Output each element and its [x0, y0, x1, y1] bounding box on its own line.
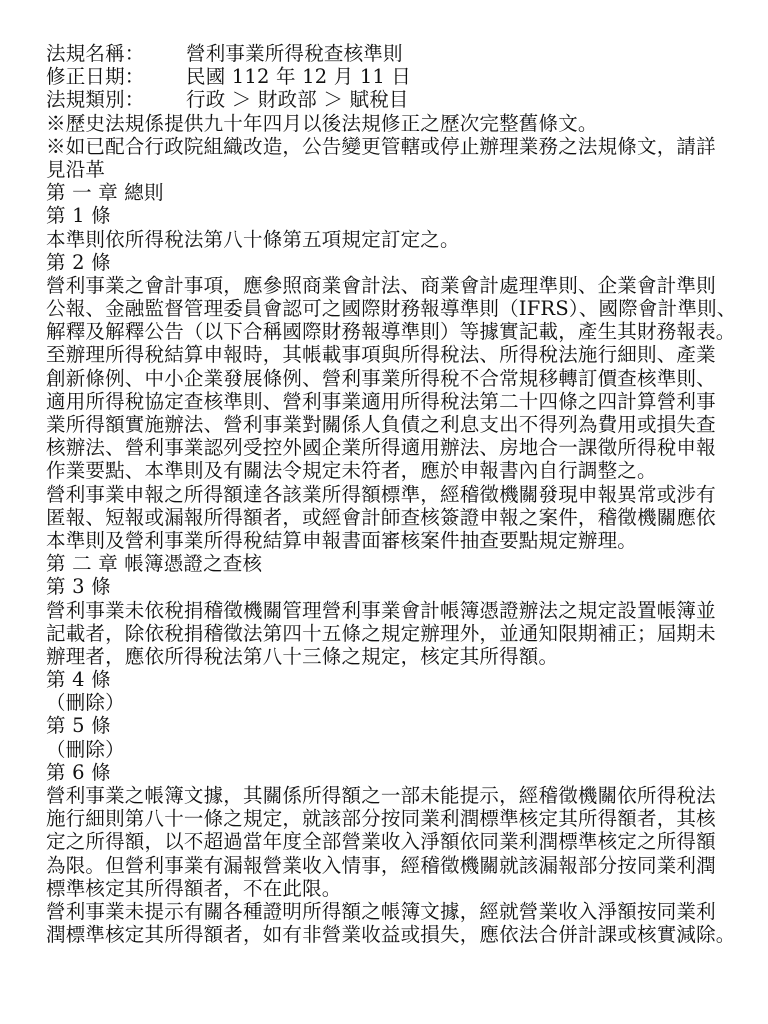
meta-date-row: 修正日期： 民國 112 年 12 月 11 日 [46, 65, 768, 88]
amendment-date: 民國 112 年 12 月 11 日 [186, 65, 411, 88]
article-2-text: 適用所得稅協定查核準則、營利事業適用所得稅法第二十四條之四計算營利事 [46, 390, 768, 413]
article-2-text: 匿報、短報或漏報所得額者，或經會計師查核簽證申報之案件，稽徵機關應依 [46, 506, 768, 529]
chapter-1-title: 第 一 章 總則 [46, 181, 768, 204]
article-3-text: 辦理者，應依所得稅法第八十三條之規定，核定其所得額。 [46, 645, 768, 668]
meta-name-row: 法規名稱： 營利事業所得稅查核準則 [46, 42, 768, 65]
article-2-text: 創新條例、中小企業發展條例、營利事業所得稅不合常規移轉訂價查核準則、 [46, 367, 768, 390]
article-1-text: 本準則依所得稅法第八十條第五項規定訂定之。 [46, 228, 768, 251]
article-2-text: 解釋及解釋公告（以下合稱國際財務報導準則）等據實記載，產生其財務報表。 [46, 320, 768, 343]
article-6-heading: 第 6 條 [46, 761, 768, 784]
article-2-text: 至辦理所得稅結算申報時，其帳載事項與所得稅法、所得稅法施行細則、產業 [46, 343, 768, 366]
article-6-text: 定之所得額，以不超過當年度全部營業收入淨額依同業利潤標準核定之所得額 [46, 830, 768, 853]
article-5-heading: 第 5 條 [46, 714, 768, 737]
meta-category-row: 法規類別： 行政 ＞ 財政部 ＞ 賦稅目 [46, 88, 768, 111]
article-6-text: 營利事業之帳簿文據，其關係所得額之一部未能提示，經稽徵機關依所得稅法 [46, 784, 768, 807]
meta-category-label: 法規類別： [46, 88, 186, 111]
article-4-heading: 第 4 條 [46, 668, 768, 691]
article-6-text: 潤標準核定其所得額者，如有非營業收益或損失，應依法合併計課或核實減除。 [46, 923, 768, 946]
article-3-text: 記載者，除依稅捐稽徵法第四十五條之規定辦理外，並通知限期補正；屆期未 [46, 622, 768, 645]
article-1-heading: 第 1 條 [46, 204, 768, 227]
regulation-title: 營利事業所得稅查核準則 [186, 42, 403, 65]
article-2-text: 作業要點、本準則及有關法令規定未符者，應於申報書內自行調整之。 [46, 459, 768, 482]
chapter-2-title: 第 二 章 帳簿憑證之查核 [46, 552, 768, 575]
article-3-text: 營利事業未依稅捐稽徵機關管理營利事業會計帳簿憑證辦法之規定設置帳簿並 [46, 599, 768, 622]
regulation-category: 行政 ＞ 財政部 ＞ 賦稅目 [186, 88, 409, 111]
meta-date-label: 修正日期： [46, 65, 186, 88]
article-6-text: 為限。但營利事業有漏報營業收入情事，經稽徵機關就該漏報部分按同業利潤 [46, 854, 768, 877]
article-2-heading: 第 2 條 [46, 251, 768, 274]
article-5-text: （刪除） [46, 738, 768, 761]
article-2-text: 業所得額實施辦法、營利事業對關係人負債之利息支出不得列為費用或損失查 [46, 413, 768, 436]
meta-name-label: 法規名稱： [46, 42, 186, 65]
article-6-text: 標準核定其所得額者，不在此限。 [46, 877, 768, 900]
article-6-text: 施行細則第八十一條之規定，就該部分按同業利潤標準核定其所得額者，其核 [46, 807, 768, 830]
article-2-text: 核辦法、營利事業認列受控外國企業所得適用辦法、房地合一課徵所得稅申報 [46, 436, 768, 459]
article-6-text: 營利事業未提示有關各種證明所得額之帳簿文據，經就營業收入淨額按同業利 [46, 900, 768, 923]
article-4-text: （刪除） [46, 691, 768, 714]
notice-history: ※歷史法規係提供九十年四月以後法規修正之歷次完整舊條文。 [46, 112, 768, 135]
notice-reorganization-cont: 見沿革 [46, 158, 768, 181]
article-2-text: 營利事業申報之所得額達各該業所得額標準，經稽徵機關發現申報異常或涉有 [46, 483, 768, 506]
article-2-text: 本準則及營利事業所得稅結算申報書面審核案件抽查要點規定辦理。 [46, 529, 768, 552]
article-3-heading: 第 3 條 [46, 575, 768, 598]
notice-reorganization: ※如已配合行政院組織改造，公告變更管轄或停止辦理業務之法規條文，請詳 [46, 135, 768, 158]
article-2-text: 公報、金融監督管理委員會認可之國際財務報導準則（IFRS）、國際會計準則、 [46, 297, 768, 320]
regulation-document: 法規名稱： 營利事業所得稅查核準則 修正日期： 民國 112 年 12 月 11… [46, 42, 768, 946]
article-2-text: 營利事業之會計事項，應參照商業會計法、商業會計處理準則、企業會計準則 [46, 274, 768, 297]
